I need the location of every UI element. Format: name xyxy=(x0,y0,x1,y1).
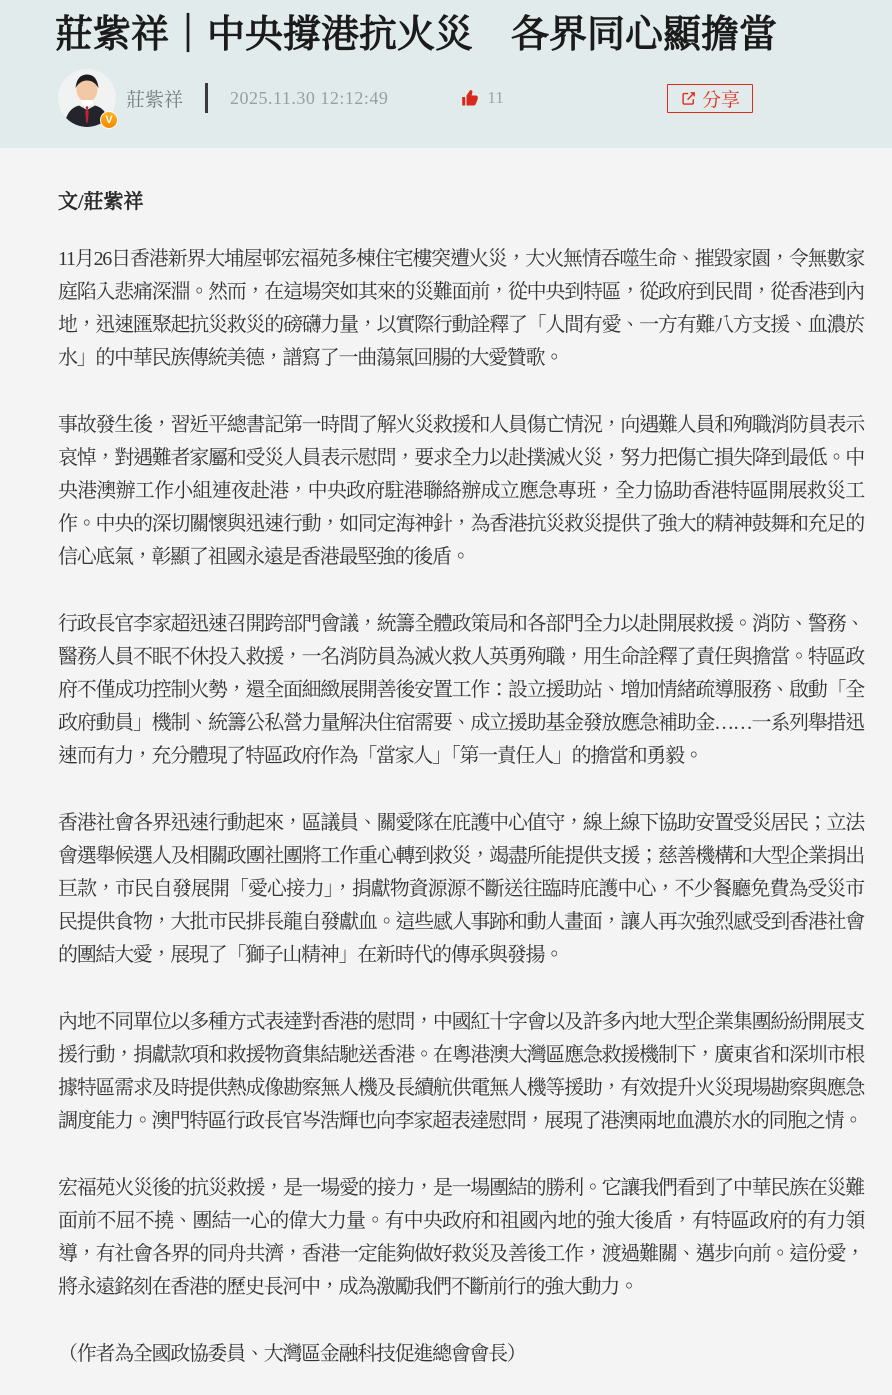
author-avatar[interactable]: V xyxy=(58,69,116,127)
share-button[interactable]: 分享 xyxy=(667,84,753,113)
paragraph-1: 11月26日香港新界大埔屋邨宏福苑多棟住宅樓突遭火災，大火無情吞噬生命、摧毀家園… xyxy=(58,243,864,375)
paragraph-6: 宏福苑火災後的抗災救援，是一場愛的接力，是一場團結的勝利。它讓我們看到了中華民族… xyxy=(58,1172,864,1304)
verified-badge-icon: V xyxy=(100,111,118,129)
meta-divider xyxy=(205,83,208,113)
like-count: 11 xyxy=(487,88,503,108)
author-footnote: （作者為全國政協委員、大灣區金融科技促進總會會長） xyxy=(58,1338,864,1371)
article-page: 莊紫祥｜中央撐港抗火災 各界同心顯擔當 xyxy=(0,0,892,1395)
article-body: 文/莊紫祥 11月26日香港新界大埔屋邨宏福苑多棟住宅樓突遭火災，大火無情吞噬生… xyxy=(0,148,892,1395)
paragraph-4: 香港社會各界迅速行動起來，區議員、關愛隊在庇護中心值守，線上線下協助安置受災居民… xyxy=(58,807,864,972)
share-button-label: 分享 xyxy=(702,85,740,112)
thumbs-up-icon xyxy=(460,88,480,108)
paragraph-3: 行政長官李家超迅速召開跨部門會議，統籌全體政策局和各部門全力以赴開展救援。消防、… xyxy=(58,608,864,773)
paragraph-5: 內地不同單位以多種方式表達對香港的慰問，中國紅十字會以及許多內地大型企業集團紛紛… xyxy=(58,1006,864,1138)
author-name[interactable]: 莊紫祥 xyxy=(126,85,183,112)
like-button[interactable]: 11 xyxy=(460,88,503,108)
article-header: 莊紫祥｜中央撐港抗火災 各界同心顯擔當 xyxy=(0,0,892,148)
page-title: 莊紫祥｜中央撐港抗火災 各界同心顯擔當 xyxy=(0,11,892,60)
paragraph-2: 事故發生後，習近平總書記第一時間了解火災救援和人員傷亡情況，向遇難人員和殉職消防… xyxy=(58,409,864,574)
author-meta-row: V 莊紫祥 2025.11.30 12:12:49 11 分享 xyxy=(0,69,892,127)
share-icon xyxy=(680,90,697,107)
publish-timestamp: 2025.11.30 12:12:49 xyxy=(230,88,388,109)
byline: 文/莊紫祥 xyxy=(58,186,864,219)
